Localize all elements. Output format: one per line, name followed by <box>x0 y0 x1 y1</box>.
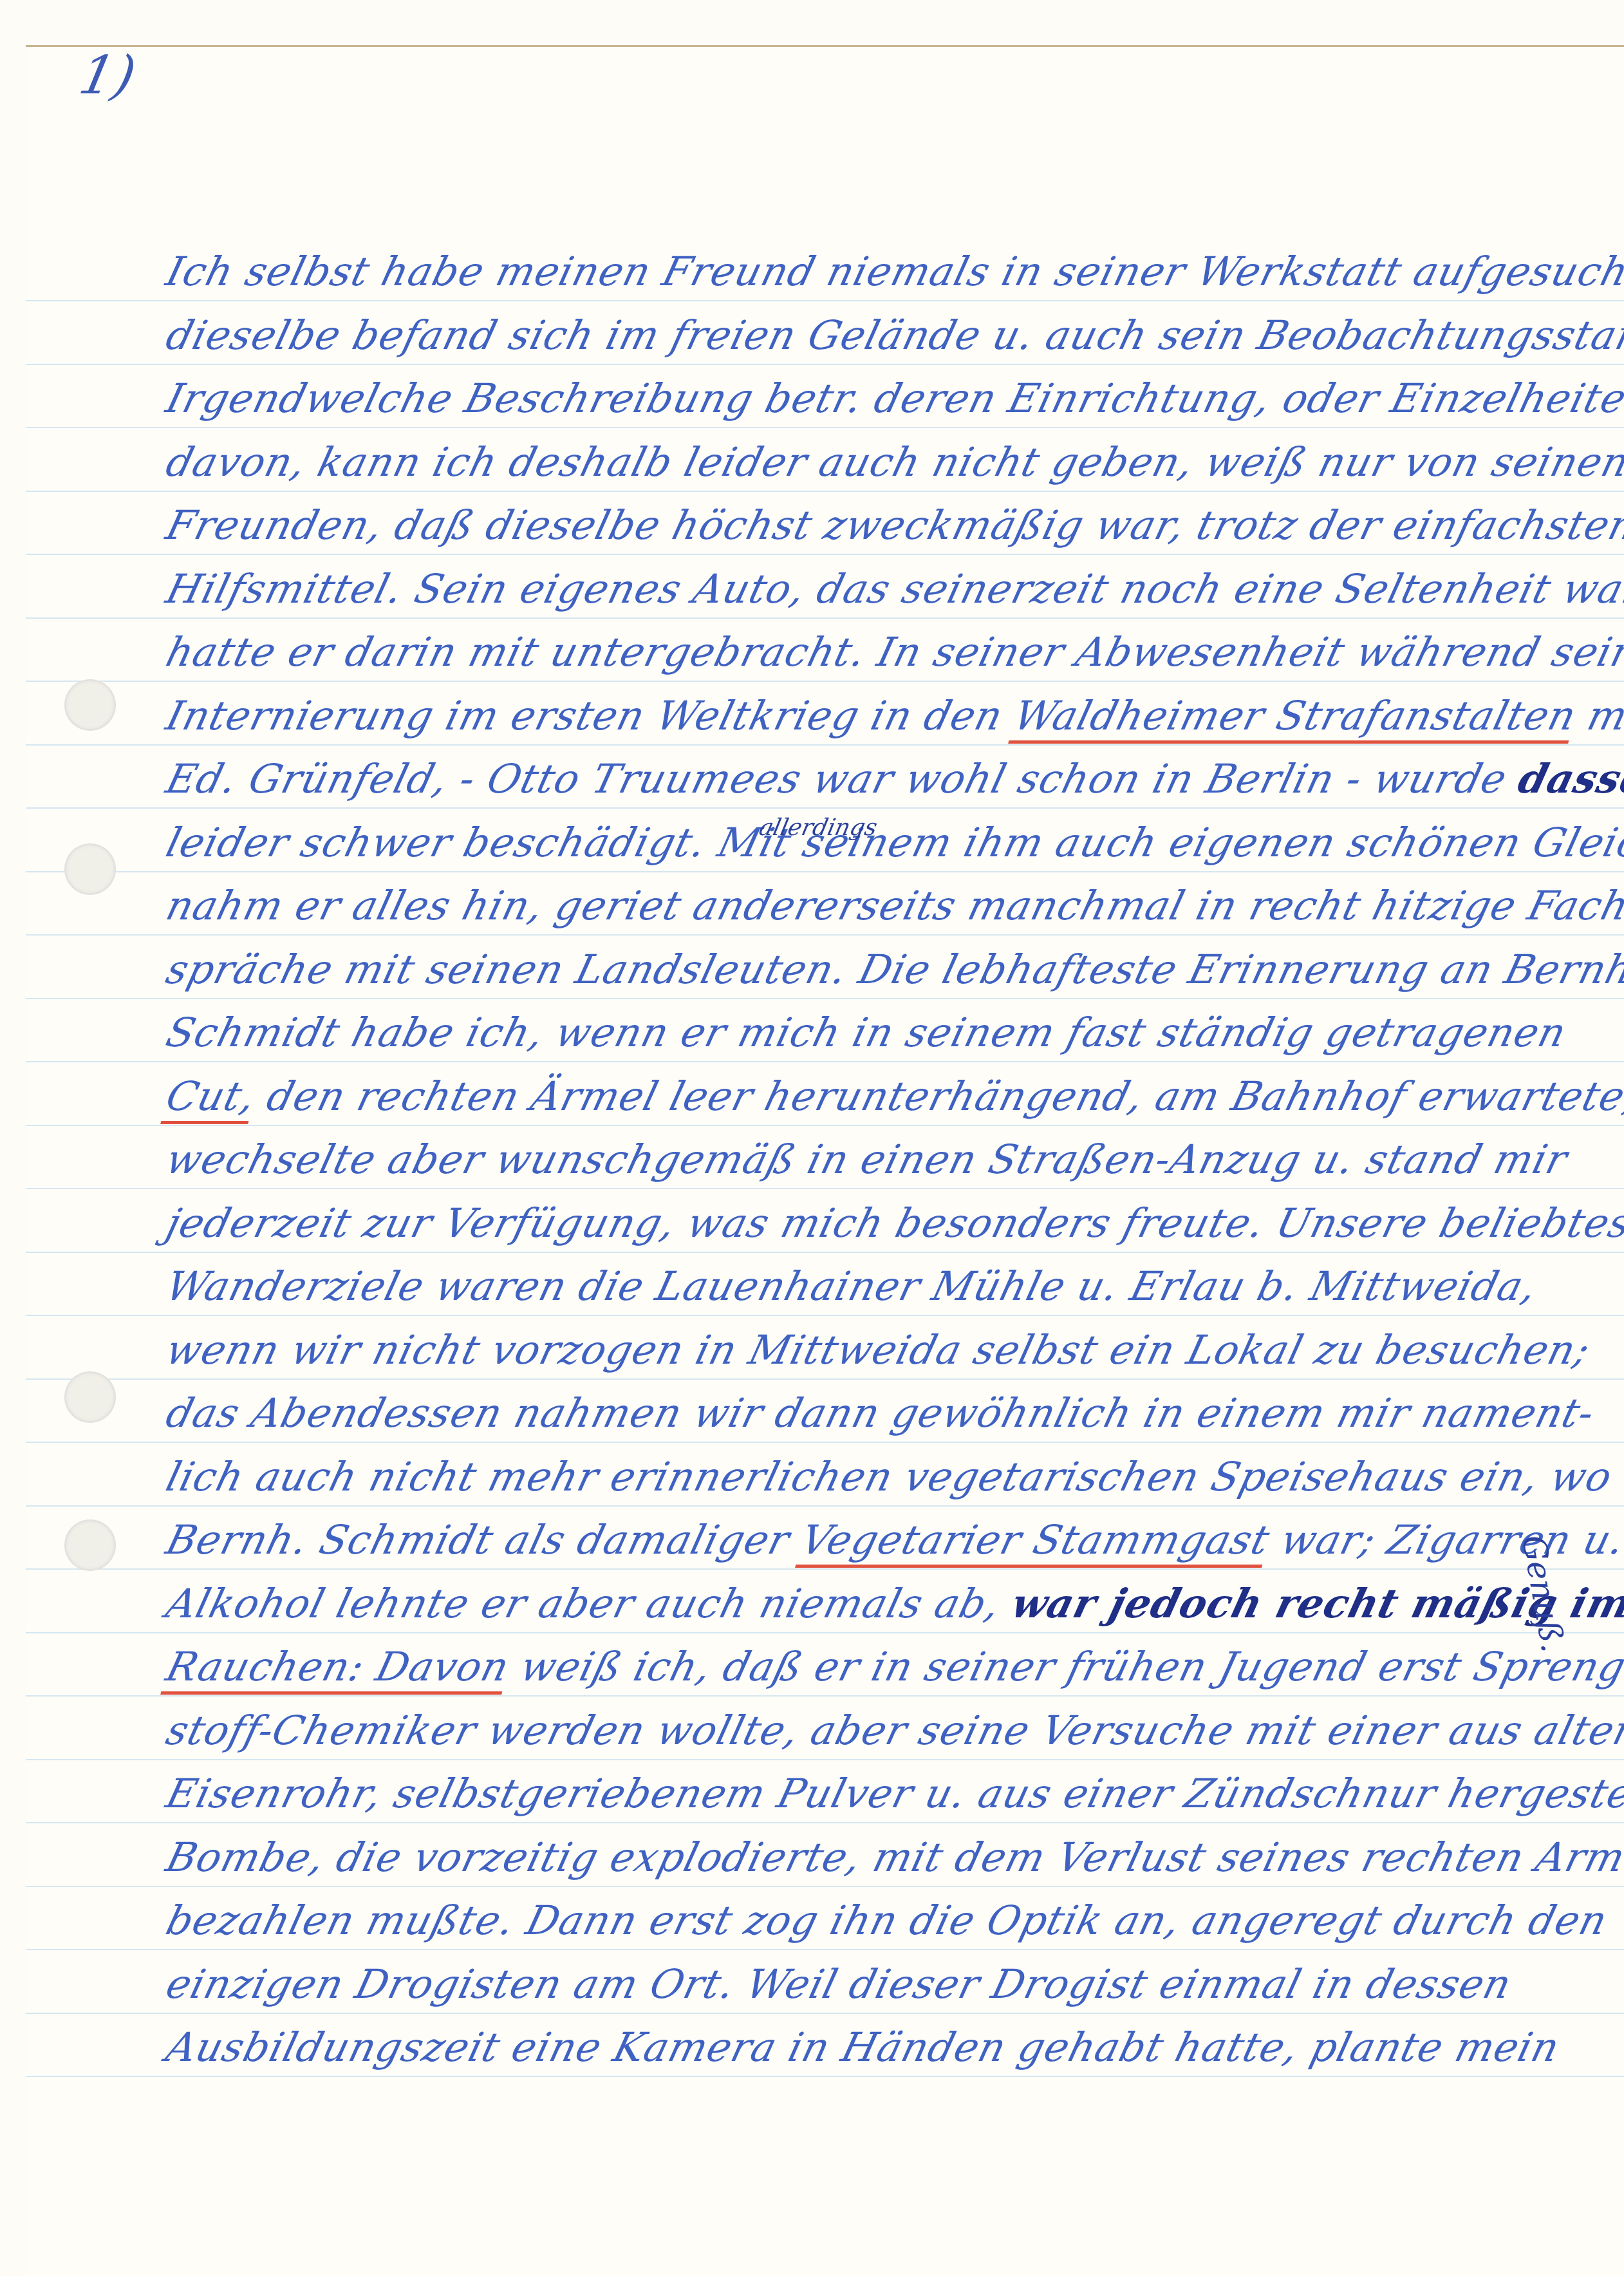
text-line: das Abendessen nahmen wir dann gewöhnlic… <box>162 1389 1600 1436</box>
ruled-line <box>26 807 1624 809</box>
ruled-line <box>26 1315 1624 1316</box>
ruled-line <box>26 491 1624 492</box>
ruled-line <box>26 1695 1624 1697</box>
text-line: stoff-Chemiker werden wollte, aber seine… <box>162 1707 1624 1754</box>
text-line: wenn wir nicht vorzogen in Mittweida sel… <box>162 1326 1595 1373</box>
ruled-line <box>26 2076 1624 2077</box>
text-line: jederzeit zur Verfügung, was mich besond… <box>162 1199 1624 1246</box>
red-underlined-phrase: Cut, <box>160 1073 261 1124</box>
ruled-line <box>26 1949 1624 1950</box>
text-line: bezahlen mußte. Dann erst zog ihn die Op… <box>162 1897 1612 1944</box>
ruled-line <box>26 1061 1624 1062</box>
text-line: Cut, den rechten Ärmel leer herunterhäng… <box>162 1073 1624 1120</box>
text-line: davon, kann ich deshalb leider auch nich… <box>162 438 1624 485</box>
insertion-note: allerdings <box>757 814 880 841</box>
ruled-line <box>26 1442 1624 1443</box>
text-line: Wanderziele waren die Lauenhainer Mühle … <box>162 1263 1542 1310</box>
text-line: leider schwer beschädigt. Mit seinem ihm… <box>162 819 1624 866</box>
red-underlined-phrase: Rauchen: Davon <box>160 1643 514 1695</box>
ruled-line <box>26 364 1624 365</box>
ruled-line <box>26 300 1624 301</box>
red-underlined-phrase: Vegetarier Stammgast <box>795 1516 1274 1568</box>
ruled-line <box>26 427 1624 428</box>
text-line: Alkohol lehnte er aber auch niemals ab, … <box>162 1580 1624 1627</box>
punch-hole <box>64 843 116 895</box>
ruled-line <box>26 1886 1624 1887</box>
ruled-line <box>26 1505 1624 1507</box>
red-underlined-phrase: Waldheimer Strafanstalten <box>1009 692 1582 744</box>
text-line: Internierung im ersten Weltkrieg in den … <box>162 692 1624 739</box>
ruled-line <box>26 998 1624 999</box>
dark-ink-phrase: dasselbe <box>1513 755 1624 802</box>
ruled-line <box>26 744 1624 746</box>
punch-hole <box>64 1519 116 1571</box>
ruled-line <box>26 1568 1624 1570</box>
punch-hole <box>64 679 116 731</box>
ruled-line <box>26 1378 1624 1380</box>
ruled-line <box>26 2013 1624 2014</box>
text-line: Freunden, daß dieselbe höchst zweckmäßig… <box>162 502 1624 549</box>
ruled-line <box>26 1252 1624 1253</box>
ruled-line <box>26 554 1624 555</box>
ruled-line <box>26 1188 1624 1189</box>
ruled-line <box>26 1822 1624 1823</box>
text-line: hatte er darin mit untergebracht. In sei… <box>162 628 1624 675</box>
ruled-line <box>26 1632 1624 1633</box>
ruled-line <box>26 617 1624 619</box>
text-line: Bernh. Schmidt als damaliger Vegetarier … <box>162 1516 1624 1563</box>
text-line: Rauchen: Davon weiß ich, daß er in seine… <box>162 1643 1624 1690</box>
text-line: einzigen Drogisten am Ort. Weil dieser D… <box>162 1961 1517 2008</box>
ruled-line <box>26 871 1624 872</box>
text-line: Bombe, die vorzeitig explodierte, mit de… <box>162 1834 1624 1881</box>
ruled-line <box>26 1125 1624 1126</box>
punch-hole <box>64 1371 116 1423</box>
ruled-line <box>26 934 1624 936</box>
text-line: lich auch nicht mehr erinnerlichen veget… <box>162 1453 1617 1500</box>
text-line: spräche mit seinen Landsleuten. Die lebh… <box>162 946 1624 993</box>
text-line: Ed. Grünfeld, - Otto Truumees war wohl s… <box>162 755 1624 802</box>
text-line: dieselbe befand sich im freien Gelände u… <box>162 312 1624 359</box>
text-line: Irgendwelche Beschreibung betr. deren Ei… <box>162 375 1624 422</box>
text-line: Hilfsmittel. Sein eigenes Auto, das sein… <box>162 565 1624 612</box>
text-line: Eisenrohr, selbstgeriebenem Pulver u. au… <box>162 1770 1624 1817</box>
text-line: Ausbildungszeit eine Kamera in Händen ge… <box>162 2024 1565 2071</box>
text-line: Ich selbst habe meinen Freund niemals in… <box>162 248 1624 295</box>
ruled-line <box>26 1759 1624 1760</box>
text-line: Schmidt habe ich, wenn er mich in seinem… <box>162 1009 1571 1056</box>
text-line: wechselte aber wunschgemäß in einen Stra… <box>162 1136 1573 1183</box>
ruled-line <box>26 681 1624 682</box>
text-line: nahm er alles hin, geriet andererseits m… <box>162 882 1624 929</box>
